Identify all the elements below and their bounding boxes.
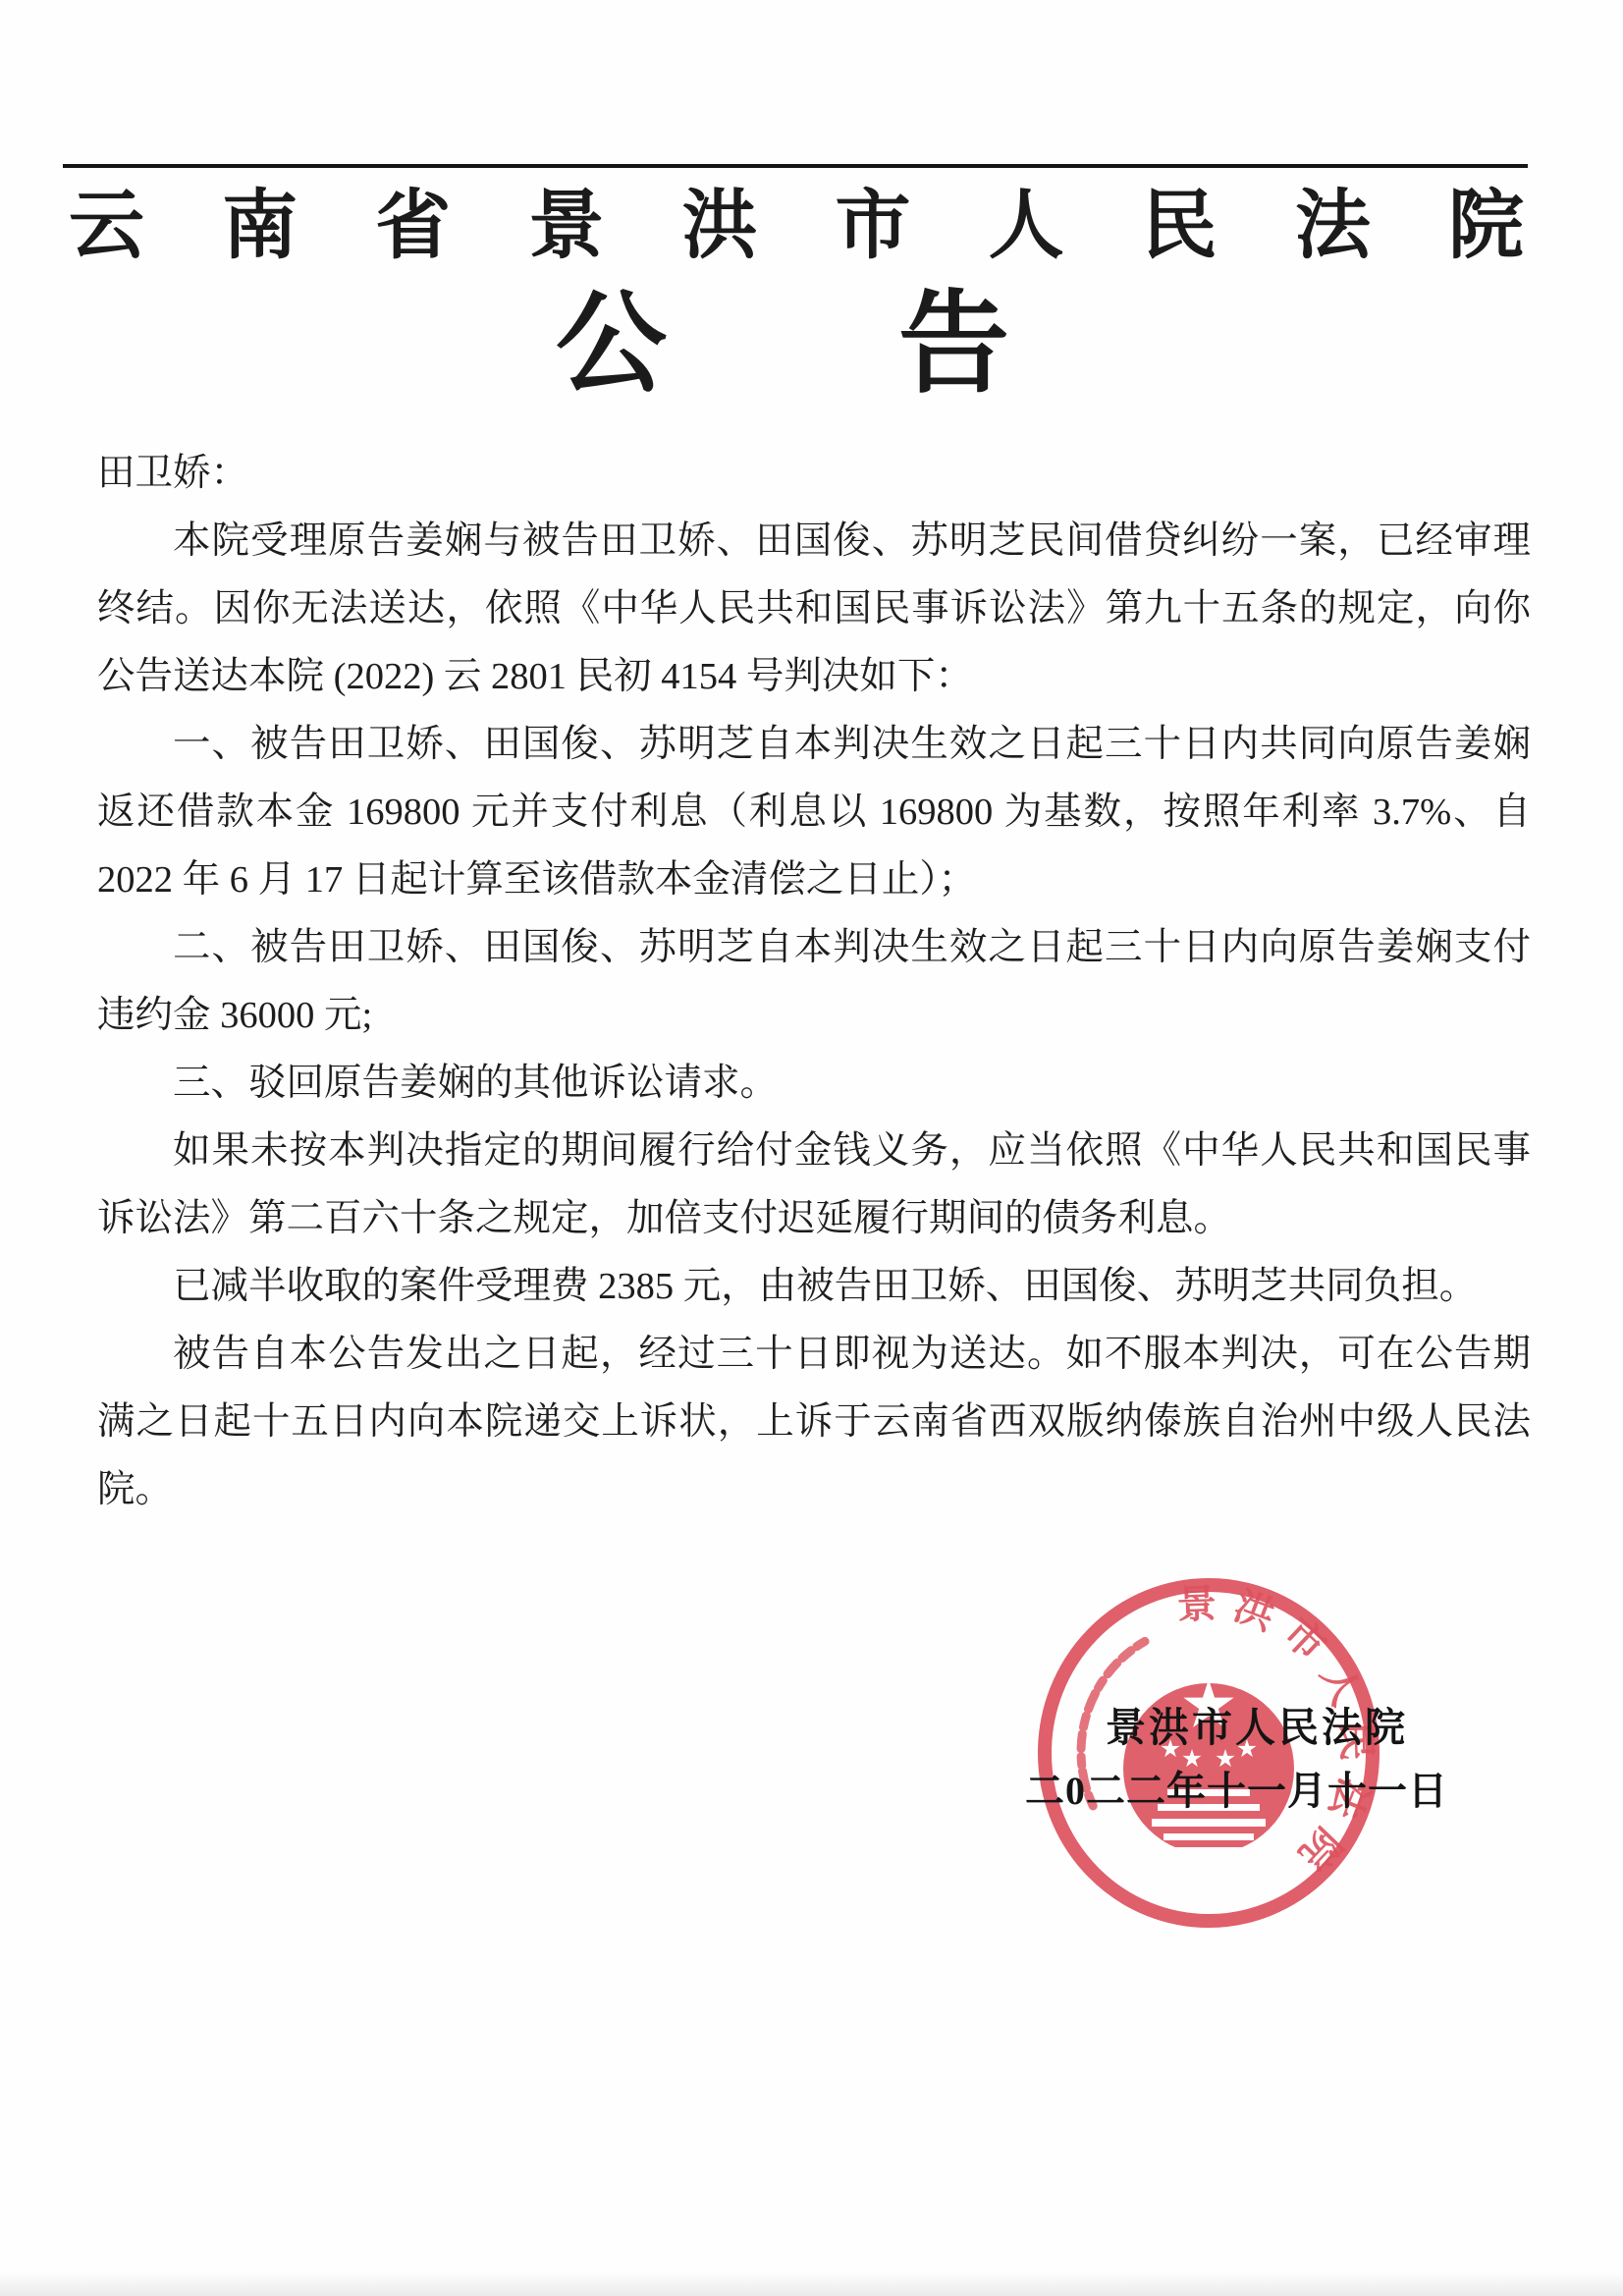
body-paragraph: 三、驳回原告姜娴的其他诉讼请求。 bbox=[97, 1050, 1531, 1118]
court-notice-page: 云南省景洪市人民法院 公告 田卫娇： 本院受理原告姜娴与被告田卫娇、田国俊、苏明… bbox=[0, 0, 1623, 2296]
scan-edge-shadow bbox=[0, 2272, 1623, 2296]
body-paragraph: 已减半收取的案件受理费 2385 元，由被告田卫娇、田国俊、苏明芝共同负担。 bbox=[97, 1253, 1531, 1321]
heading-char: 院 bbox=[1448, 165, 1524, 274]
heading-char: 民 bbox=[1142, 165, 1217, 274]
seal-court-name: 景洪市人民法院 bbox=[1106, 1695, 1408, 1753]
heading-char: 洪 bbox=[681, 165, 757, 274]
court-name-heading: 云南省景洪市人民法院 bbox=[69, 175, 1524, 263]
body-paragraph: 如果未按本判决指定的期间履行给付金钱义务，应当依照《中华人民共和国民事诉讼法》第… bbox=[97, 1118, 1531, 1253]
official-seal-icon: 景洪市人民法院 bbox=[1034, 1575, 1383, 1931]
heading-char: 云 bbox=[69, 165, 144, 274]
heading-char: 告 bbox=[898, 255, 1009, 414]
body-paragraphs: 本院受理原告姜娴与被告田卫娇、田国俊、苏明芝民间借贷纠纷一案，已经审理终结。因你… bbox=[97, 508, 1531, 1524]
doc-title: 公告 bbox=[556, 271, 1009, 399]
notice-date: 二0二二年十一月十一日 bbox=[1025, 1760, 1448, 1816]
body-paragraph: 本院受理原告姜娴与被告田卫娇、田国俊、苏明芝民间借贷纠纷一案，已经审理终结。因你… bbox=[97, 508, 1531, 711]
notice-body: 田卫娇： 本院受理原告姜娴与被告田卫娇、田国俊、苏明芝民间借贷纠纷一案，已经审理… bbox=[97, 440, 1531, 1524]
body-paragraph: 被告自本公告发出之日起，经过三十日即视为送达。如不服本判决，可在公告期满之日起十… bbox=[97, 1321, 1531, 1524]
heading-char: 公 bbox=[556, 255, 667, 414]
salutation: 田卫娇： bbox=[97, 440, 1531, 508]
body-paragraph: 一、被告田卫娇、田国俊、苏明芝自本判决生效之日起三十日内共同向原告姜娴返还借款本… bbox=[97, 711, 1531, 914]
heading-char: 南 bbox=[222, 165, 298, 274]
heading-char: 省 bbox=[375, 165, 451, 274]
heading-char: 法 bbox=[1295, 165, 1371, 274]
body-paragraph: 二、被告田卫娇、田国俊、苏明芝自本判决生效之日起三十日内向原告姜娴支付违约金 3… bbox=[97, 914, 1531, 1050]
